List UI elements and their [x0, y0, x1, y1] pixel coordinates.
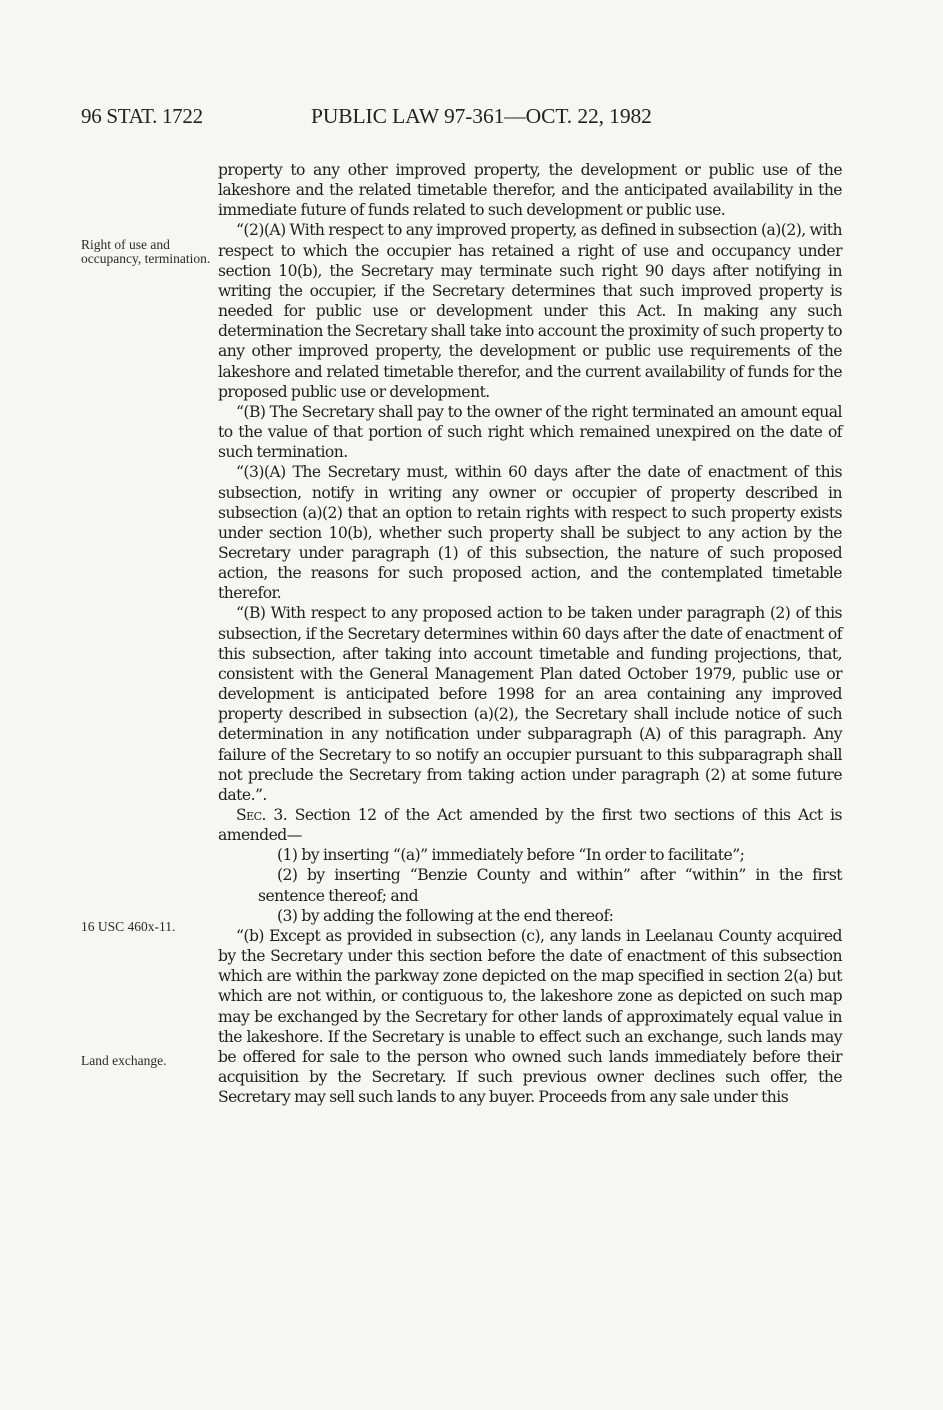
paragraph-3a-notification: “(3)(A) The Secretary must, within 60 da…	[218, 462, 842, 603]
stat-page-number: 96 STAT. 1722	[81, 104, 203, 129]
margin-note-land-exchange: Land exchange.	[81, 1054, 211, 1068]
paragraph-continuation: property to any other improved property,…	[218, 160, 842, 220]
paragraph-2a-termination: “(2)(A) With respect to any improved pro…	[218, 220, 842, 401]
paragraph-b-land-exchange: “(b) Except as provided in subsection (c…	[218, 926, 842, 1107]
margin-note-usc-citation: 16 USC 460x-11.	[81, 920, 211, 934]
margin-note-right-of-use: Right of use and occupancy, termination.	[81, 238, 211, 266]
statute-body: property to any other improved property,…	[218, 160, 842, 1107]
section-3-text: Section 12 of the Act amended by the fir…	[218, 806, 842, 844]
statute-page: 96 STAT. 1722 PUBLIC LAW 97-361—OCT. 22,…	[0, 0, 943, 1410]
amendment-item-2: (2) by inserting “Benzie County and with…	[218, 865, 842, 905]
section-label: Sec. 3.	[236, 806, 287, 824]
paragraph-2b-payment: “(B) The Secretary shall pay to the owne…	[218, 402, 842, 462]
law-title: PUBLIC LAW 97-361—OCT. 22, 1982	[311, 104, 652, 129]
page-header: 96 STAT. 1722 PUBLIC LAW 97-361—OCT. 22,…	[81, 104, 841, 134]
amendment-item-1: (1) by inserting “(a)” immediately befor…	[218, 845, 842, 865]
paragraph-3b-proposed-action: “(B) With respect to any proposed action…	[218, 603, 842, 805]
section-3-intro: Sec. 3. Section 12 of the Act amended by…	[218, 805, 842, 845]
amendment-item-3: (3) by adding the following at the end t…	[218, 906, 842, 926]
